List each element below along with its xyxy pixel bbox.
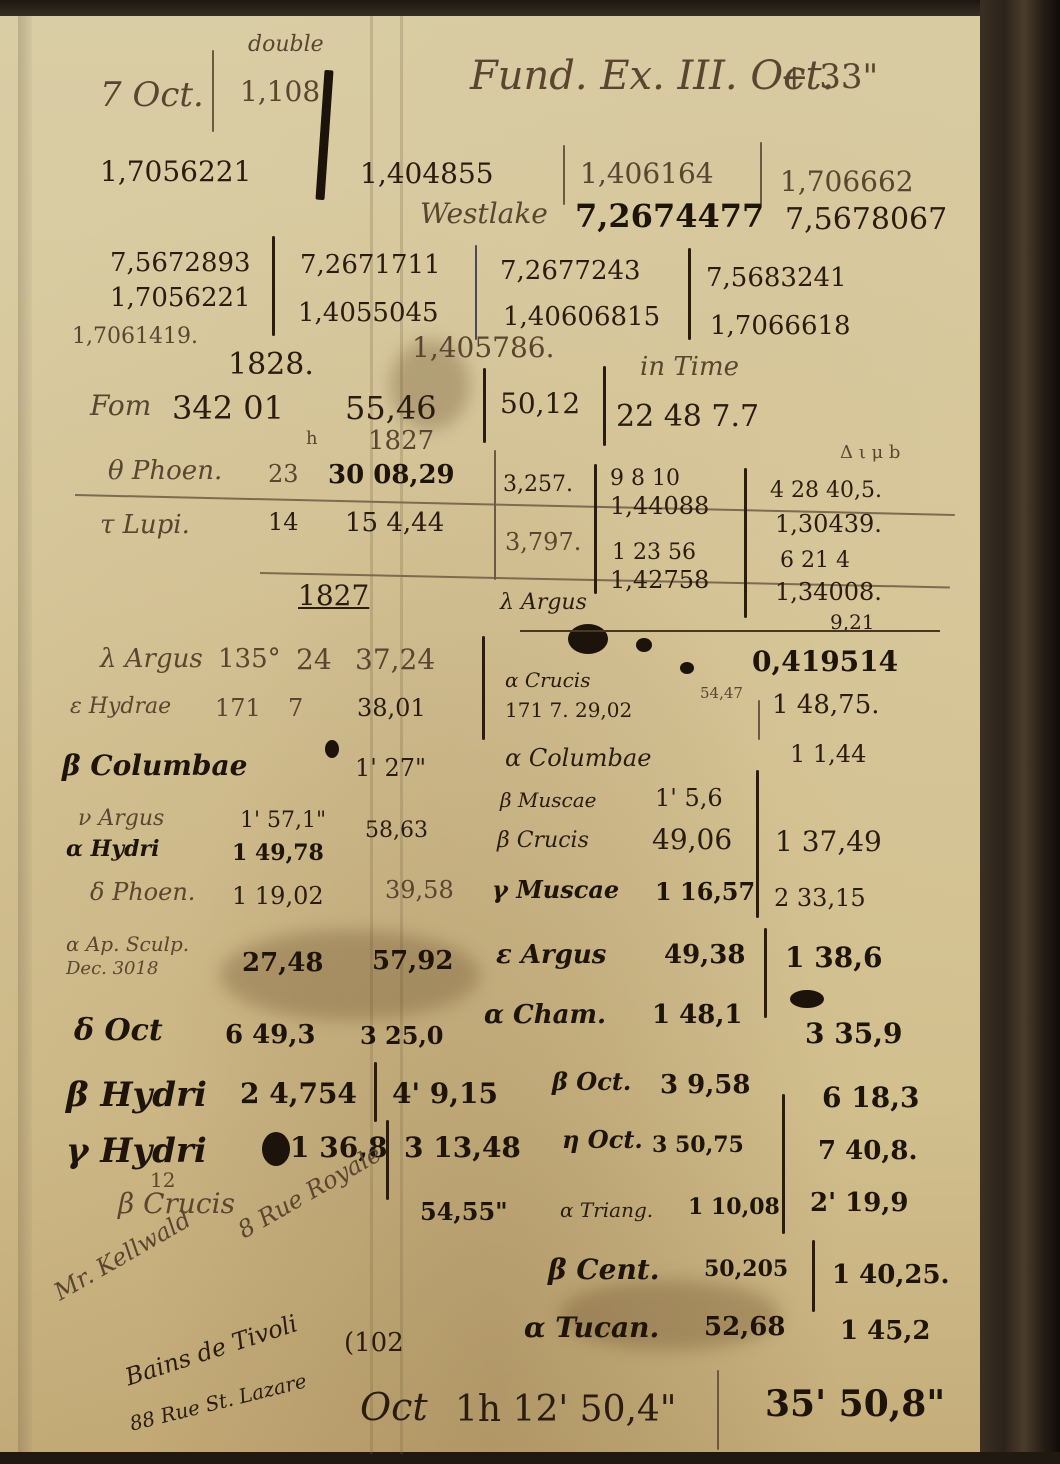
column-divider xyxy=(812,1240,815,1312)
star-value: 1 48,75. xyxy=(772,692,880,718)
star-value: 1 45,2 xyxy=(840,1318,930,1344)
star-value: 135° xyxy=(218,646,281,672)
column-divider xyxy=(483,368,486,443)
star-value: 3 25,0 xyxy=(360,1024,444,1048)
star-name: α Hydri xyxy=(66,838,160,860)
star-name: β Muscae xyxy=(500,790,597,810)
ink-blot xyxy=(636,638,652,652)
page-reference: (102 xyxy=(344,1330,404,1356)
star-name: β Crucis xyxy=(497,830,589,852)
fom-value: 342 01 xyxy=(172,392,284,424)
star-name: 171 7. 29,02 xyxy=(505,700,632,720)
star-value: 30 08,29 xyxy=(328,462,455,488)
star-name: ε Argus xyxy=(496,942,606,968)
double-value: 1,108 xyxy=(240,78,320,106)
fom-label: Fom xyxy=(90,392,151,420)
star-name: β Hydri xyxy=(66,1078,207,1112)
ink-blot xyxy=(790,990,824,1008)
star-value: 1 38,6 xyxy=(785,944,882,972)
star-name: α Ap. Sculp. xyxy=(66,934,189,954)
star-name: β Columbae xyxy=(62,752,247,780)
column-divider xyxy=(475,245,477,340)
star-value: 1' 57,1" xyxy=(240,810,326,832)
star-name: α Crucis xyxy=(505,670,590,690)
column-divider xyxy=(563,145,565,205)
star-value: 1 19,02 xyxy=(232,884,324,908)
log-value: 7,5683241 xyxy=(706,265,847,291)
fom-value: 50,12 xyxy=(500,390,580,418)
star-value: 49,38 xyxy=(664,942,745,968)
star-value: 37,24 xyxy=(355,646,435,674)
log-value: 1,706662 xyxy=(780,168,914,196)
star-name: γ Hydri xyxy=(66,1134,207,1168)
star-value: 4 28 40,5. xyxy=(770,480,882,502)
star-value: 1,30439. xyxy=(775,512,882,536)
fom-value: 22 48 7.7 xyxy=(616,402,759,432)
column-divider xyxy=(212,50,214,132)
star-value: 6 18,3 xyxy=(822,1084,919,1112)
star-name: δ Oct xyxy=(74,1016,163,1046)
log-value: 1,404855 xyxy=(360,160,494,188)
column-divider xyxy=(603,366,606,446)
star-value: 1 16,57 xyxy=(655,880,755,904)
star-value: 7 40,8. xyxy=(818,1138,918,1164)
star-value: 3 50,75 xyxy=(652,1134,744,1156)
column-divider xyxy=(374,1062,377,1122)
log-value: 7,2671711 xyxy=(300,252,441,278)
log-value: 1,7056221 xyxy=(100,158,251,186)
star-value: 1 49,78 xyxy=(232,842,324,864)
total-value: 1h 12' 50,4" xyxy=(455,1392,676,1428)
star-name: α Tucan. xyxy=(524,1314,659,1342)
correction-value: + 33" xyxy=(780,60,878,94)
star-name: λ Argus xyxy=(100,646,203,672)
star-value: 58,63 xyxy=(365,820,428,842)
star-value: 1 23 56 xyxy=(612,542,696,564)
star-name: α Columbae xyxy=(505,746,651,770)
log-value: 1,406164 xyxy=(580,160,714,188)
book-cover-edge xyxy=(980,0,1060,1464)
column-divider xyxy=(782,1094,785,1234)
column-divider xyxy=(594,464,597,594)
total-label: Oct xyxy=(360,1388,428,1426)
rule-line xyxy=(520,630,940,632)
star-name: β Cent. xyxy=(548,1256,659,1284)
log-value: 1,7056221 xyxy=(110,285,251,311)
star-value: 6 21 4 xyxy=(780,550,850,572)
star-value: 1' 5,6 xyxy=(655,786,723,810)
column-divider xyxy=(688,248,691,340)
column-divider xyxy=(760,142,762,204)
star-value: 2' 19,9 xyxy=(810,1190,908,1216)
log-value: 7,5678067 xyxy=(785,205,947,235)
column-divider xyxy=(494,450,496,580)
star-name: γ Muscae xyxy=(492,878,619,902)
log-value: 1,7066618 xyxy=(710,313,851,339)
column-divider xyxy=(386,1120,389,1200)
star-value: 50,205 xyxy=(704,1258,788,1280)
star-value: 52,68 xyxy=(704,1314,785,1340)
star-value: 6 49,3 xyxy=(225,1022,315,1048)
star-value: 1' 27" xyxy=(355,756,426,780)
star-name: α Triang. xyxy=(560,1200,653,1220)
log-value: 7,2677243 xyxy=(500,258,641,284)
log-value: 7,2674477 xyxy=(575,200,764,232)
star-value: 1 37,49 xyxy=(775,828,882,856)
westlake-label: Westlake xyxy=(420,200,548,228)
star-name: η Oct. xyxy=(562,1128,643,1152)
date-label: 7 Oct. xyxy=(100,78,204,112)
star-value: 27,48 xyxy=(242,950,323,976)
star-value: 1,44088 xyxy=(610,494,709,518)
star-value: 23 xyxy=(268,462,299,486)
column-divider xyxy=(764,928,767,1018)
star-value: 2 33,15 xyxy=(774,886,866,910)
in-time-note: in Time xyxy=(640,354,739,380)
star-value: 1 40,25. xyxy=(832,1262,950,1288)
star-value: 7 xyxy=(288,696,303,720)
star-value: 54,47 xyxy=(700,686,743,701)
star-value: 24 xyxy=(296,646,332,674)
star-value: 39,58 xyxy=(385,878,454,902)
star-value: 9,21 xyxy=(830,612,875,632)
star-value: 171 xyxy=(215,696,261,720)
star-name: ε Hydrae xyxy=(70,696,171,718)
log-value: 1,405786. xyxy=(412,334,555,362)
star-name: ν Argus xyxy=(78,808,164,830)
year-heading: 1827 xyxy=(298,582,369,610)
hour-mark: h xyxy=(306,430,318,448)
total-right-value: 35' 50,8" xyxy=(765,1386,945,1422)
double-label: double xyxy=(248,34,324,56)
star-name: θ Phoen. xyxy=(108,458,222,484)
star-name: τ Lupi. xyxy=(100,512,190,538)
star-name: δ Phoen. xyxy=(90,880,195,904)
star-value: 3 13,48 xyxy=(404,1134,521,1162)
star-value: 3,257. xyxy=(503,474,573,496)
star-value: 1 48,1 xyxy=(652,1002,742,1028)
star-value: 14 xyxy=(268,510,299,534)
star-name: λ Argus xyxy=(500,592,587,614)
year-heading: 1828. xyxy=(228,350,314,380)
book-cover-bottom xyxy=(0,1452,1060,1464)
star-value: 1 10,08 xyxy=(688,1196,780,1218)
star-value: 9 8 10 xyxy=(610,468,680,490)
star-value: 49,06 xyxy=(652,826,732,854)
star-note: Dec. 3018 xyxy=(66,960,158,978)
ink-blot xyxy=(262,1132,290,1166)
star-value: 2 4,754 xyxy=(240,1080,357,1108)
ink-blot xyxy=(568,624,608,654)
manuscript-page: 7 Oct. double 1,108 Fund. Ex. III. Oct. … xyxy=(0,0,1060,1464)
margin-note: 12 xyxy=(150,1170,175,1190)
star-value: 1,34008. xyxy=(775,580,882,604)
year-heading: 1827 xyxy=(368,428,434,454)
star-value: 1,42758 xyxy=(610,568,709,592)
column-divider xyxy=(756,770,759,918)
star-value: 15 4,44 xyxy=(345,510,444,536)
log-value: 1,4055045 xyxy=(298,300,439,326)
column-divider xyxy=(482,636,485,740)
ink-blot xyxy=(325,740,339,758)
star-name: β Oct. xyxy=(552,1070,631,1094)
fom-value: 55,46 xyxy=(345,392,437,424)
star-value: 3,797. xyxy=(505,530,581,554)
log-value: 1,40606815 xyxy=(503,304,660,330)
log-value: 7,5672893 xyxy=(110,250,251,276)
star-value: 1 1,44 xyxy=(790,742,866,766)
log-value: 1,7061419. xyxy=(72,326,198,348)
ink-blot xyxy=(680,662,694,674)
star-value: 57,92 xyxy=(372,948,453,974)
column-divider xyxy=(744,468,747,618)
margin-note: Δ ι μ b xyxy=(840,444,900,462)
star-value: 54,55" xyxy=(420,1200,508,1224)
star-value: 3 9,58 xyxy=(660,1072,750,1098)
star-value: 0,419514 xyxy=(752,648,898,676)
column-divider xyxy=(717,1370,719,1450)
paper-crease xyxy=(400,16,403,1454)
paper-crease xyxy=(370,16,373,1454)
column-divider xyxy=(272,236,275,336)
star-name: α Cham. xyxy=(484,1002,606,1028)
binding-gutter xyxy=(18,16,32,1454)
star-value: 38,01 xyxy=(357,696,426,720)
star-value: 3 35,9 xyxy=(805,1020,902,1048)
star-value: 4' 9,15 xyxy=(392,1080,498,1108)
column-divider xyxy=(758,700,760,740)
